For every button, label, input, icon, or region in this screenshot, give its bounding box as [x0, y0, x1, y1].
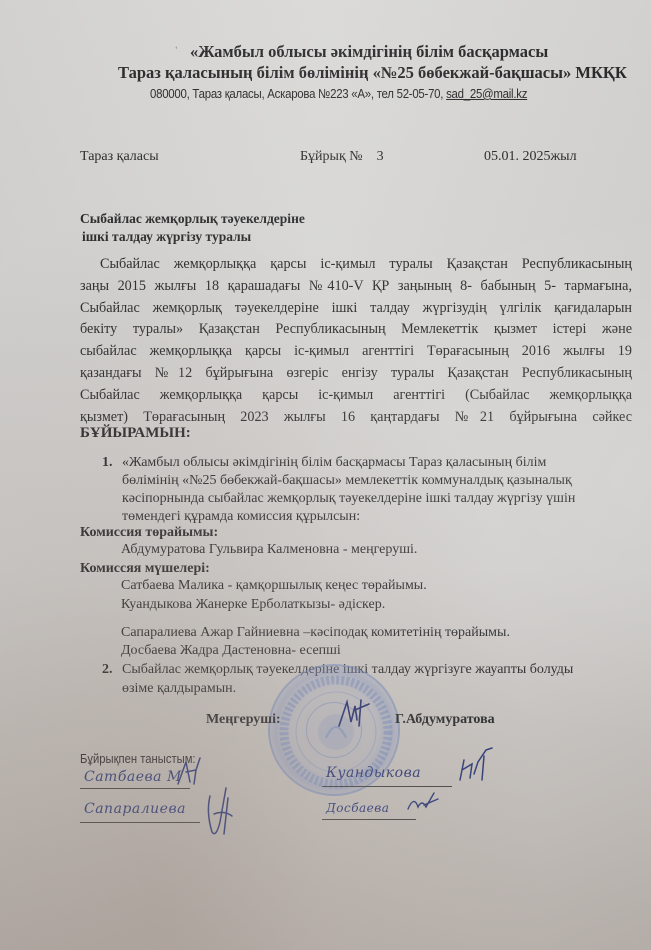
- signature-scribble-icon: [404, 787, 444, 817]
- head-signature-icon: [335, 696, 375, 732]
- preamble-line: Сыбайлас жемқорлық тәуекелдеріне ішкі та…: [80, 298, 632, 320]
- commission-member: Сапаралиева Ажар Гайниевна –кәсіподақ ко…: [121, 625, 510, 641]
- header-address: 080000, Тараз қаласы, Аскарова №223 «А»,…: [150, 86, 527, 101]
- document-title-line2: ішкі талдау жүргізу туралы: [82, 229, 251, 245]
- handwritten-name: Досбаева: [326, 801, 389, 815]
- acknowledgement-signature: Сапаралиева: [84, 800, 186, 818]
- commission-members-label: Комиссяя мүшелері:: [80, 561, 210, 577]
- handwritten-name: Куандыкова: [326, 765, 421, 781]
- preamble-line: Сыбайлас жемқорлыққа қарсы іс-қимыл аген…: [80, 385, 632, 407]
- item-number: 1.: [102, 454, 113, 472]
- handwritten-name: Сапаралиева: [84, 801, 186, 817]
- preamble-line: қазандағы №12 бұйрығына өзгеріс енгізу т…: [80, 363, 632, 385]
- document-page: ʻ «Жамбыл облысы әкімдігінің білім басқа…: [0, 0, 651, 950]
- item-line: «Жамбыл облысы әкімдігінің білім басқарм…: [122, 454, 575, 472]
- header-organization-line2: Тараз қаласының білім бөлімінің «№25 бөб…: [118, 63, 627, 83]
- order-number: Бұйрық № 3: [300, 149, 384, 165]
- order-directive: БҰЙЫРАМЫН:: [80, 425, 191, 442]
- document-title-line1: Сыбайлас жемқорлық тәуекелдеріне: [80, 211, 305, 227]
- head-name: Г.Абдумуратова: [395, 712, 495, 728]
- header-organization-line1: «Жамбыл облысы әкімдігінің білім басқарм…: [190, 42, 548, 62]
- head-title-label: Меңгеруші:: [206, 712, 281, 728]
- acknowledgement-signature: Куандыкова: [326, 764, 421, 782]
- preamble-line: бекіту туралы» Қазақстан Республикасының…: [80, 319, 632, 341]
- item-line: төмендегі құрамда комиссия құрылсын:: [122, 508, 575, 526]
- commission-member: Куандыкова Жанерке Ерболаткызы- әдіскер.: [121, 597, 385, 613]
- item-line: кәсіпорнында сыбайлас жемқорлық тәуекелд…: [122, 490, 575, 508]
- order-label: Бұйрық №: [300, 149, 363, 164]
- handwritten-name: Сатбаева М: [84, 769, 182, 785]
- order-number-value: 3: [377, 149, 384, 164]
- commission-member: Сатбаева Малика - қамқоршылық кеңес төра…: [121, 578, 427, 594]
- email-link[interactable]: sad_25@mail.kz: [446, 86, 527, 101]
- commission-member: Досбаева Жадра Дастеновна- есепші: [121, 643, 341, 659]
- preamble-line: сыбайлас жемқорлыққа қарсы іс-қимыл аген…: [80, 341, 632, 363]
- stray-mark: ʻ: [175, 45, 178, 54]
- commission-chair-label: Комиссия төрайымы:: [80, 525, 218, 541]
- preamble-paragraph: Сыбайлас жемқорлыққа қарсы іс-қимыл тура…: [80, 254, 632, 428]
- commission-chair: Абдумуратова Гульвира Калменовна - меңге…: [121, 542, 417, 558]
- item-number: 2.: [102, 660, 113, 679]
- address-text: 080000, Тараз қаласы, Аскарова №223 «А»,…: [150, 86, 446, 101]
- signature-scribble-icon: [202, 782, 238, 842]
- acknowledgement-signature: Досбаева: [326, 799, 389, 817]
- item-text: «Жамбыл облысы әкімдігінің білім басқарм…: [122, 454, 575, 526]
- signature-scribble-icon: [456, 744, 500, 786]
- city: Тараз қаласы: [80, 149, 159, 165]
- item-line: бөлімінің «№25 бөбекжай-бақшасы» мемлеке…: [122, 472, 575, 490]
- order-date: 05.01. 2025жыл: [484, 149, 577, 165]
- preamble-line: Сыбайлас жемқорлыққа қарсы іс-қимыл тура…: [80, 254, 632, 276]
- preamble-line: заңы 2015 жылғы 18 қарашадағы №410-V ҚР …: [80, 276, 632, 298]
- signature-underline: [80, 822, 200, 823]
- acknowledgement-signature: Сатбаева М: [84, 768, 182, 786]
- signature-underline: [322, 819, 416, 820]
